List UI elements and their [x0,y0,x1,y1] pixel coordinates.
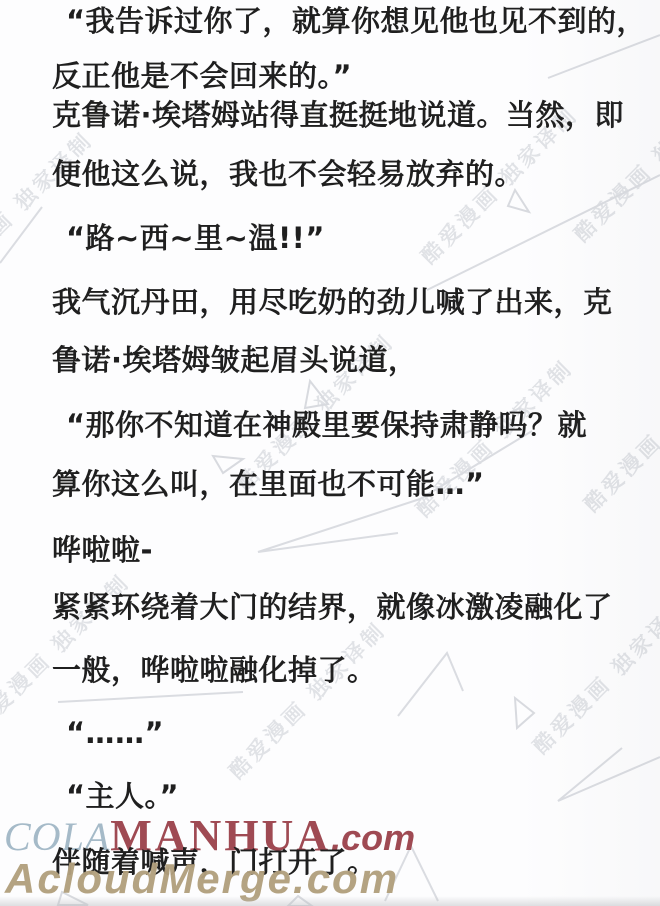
novel-page: 酷爱漫画 独家译制 酷爱漫画 独家译制 酷爱漫画 独家译制 酷爱漫画 独家译制 … [0,0,660,906]
story-line: “……” [52,716,164,750]
diagonal-watermark-text: 酷爱漫画 独家译制 [0,127,98,293]
story-line: 克鲁诺·埃塔姆站得直挺挺地说道。当然，即 [52,98,624,132]
acloudmerge-watermark: AcloudMerge.com [5,855,399,903]
story-line: “路~西~里~温!!” [52,221,325,255]
story-line: 算你这么叫，在里面也不可能…” [52,467,485,501]
story-line: 一般，哗啦啦融化掉了。 [52,653,377,687]
story-line: 反正他是不会回来的。” [52,59,352,93]
story-line: 便他这么说，我也不会轻易放弃的。 [52,157,524,191]
story-line: “那你不知道在神殿里要保持肃静吗？就 [52,408,587,442]
story-line: 我气沉丹田，用尽吃奶的劲儿喊了出来，克 [52,285,613,319]
story-line: 紧紧环绕着大门的结界，就像冰激凌融化了 [52,590,613,624]
story-line: “主人。” [52,779,179,813]
story-line: 哗啦啦- [52,533,153,567]
anti-piracy-watermark-layer: 酷爱漫画 独家译制 酷爱漫画 独家译制 酷爱漫画 独家译制 酷爱漫画 独家译制 … [0,0,660,906]
story-line: “我告诉过你了，就算你想见他也见不到的， [52,4,646,38]
diagonal-watermark-text: 酷爱漫画 独家译制 [225,617,391,783]
diagonal-watermark-text: 酷爱漫画 独家译制 [580,350,660,516]
story-line: 鲁诺·埃塔姆皱起眉头说道， [52,343,418,377]
